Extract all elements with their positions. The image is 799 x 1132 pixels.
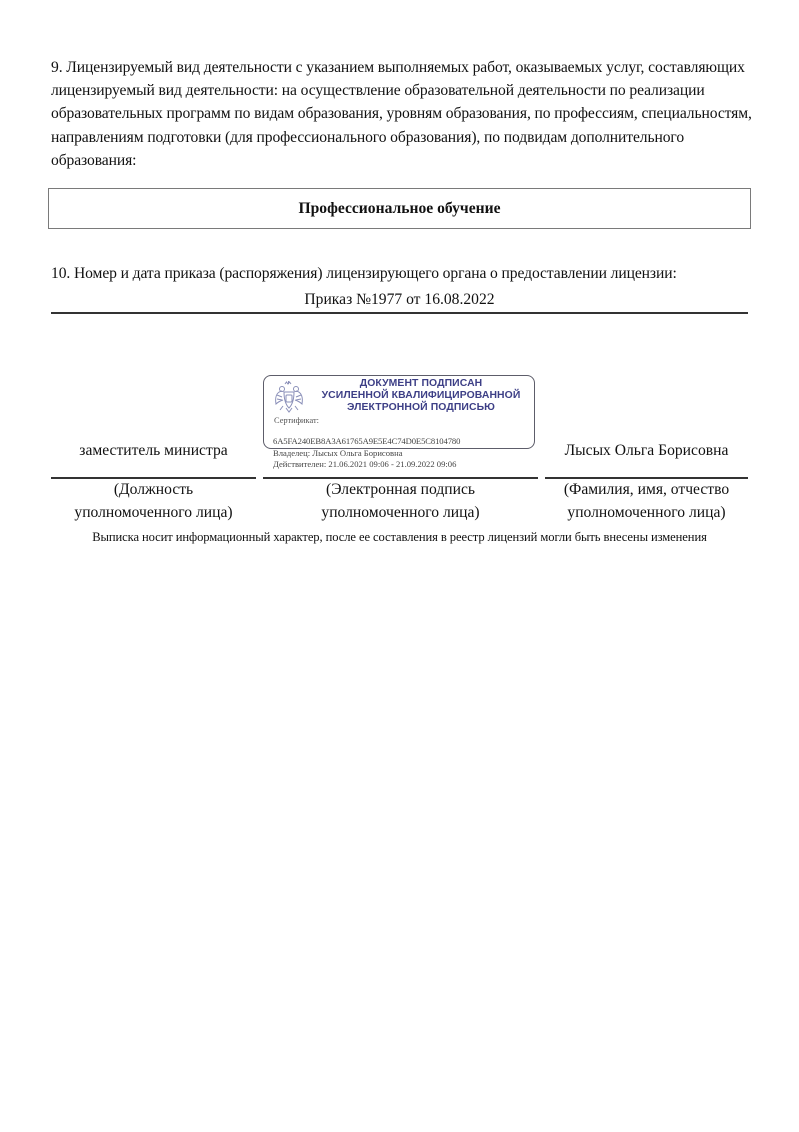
- licensed-activity-value: Профессиональное обучение: [298, 200, 500, 218]
- stamp-owner: Владелец: Лысых Ольга Борисовна: [273, 448, 403, 458]
- signature-caption: (Электронная подпись уполномоченного лиц…: [263, 478, 538, 524]
- position-caption: (Должность уполномоченного лица): [51, 478, 256, 524]
- russia-coat-of-arms-icon: [272, 380, 306, 414]
- stamp-certificate-label: Сертификат:: [274, 416, 319, 425]
- document-page: 9. Лицензируемый вид деятельности с указ…: [0, 0, 799, 1132]
- licensed-activity-box: Профессиональное обучение: [48, 188, 751, 229]
- order-number-date: Приказ №1977 от 16.08.2022: [51, 289, 748, 311]
- name-caption: (Фамилия, имя, отчество уполномоченного …: [545, 478, 748, 524]
- stamp-validity-period: Действителен: 21.06.2021 09:06 - 21.09.2…: [273, 459, 456, 469]
- stamp-certificate-number: 6A5FA240EB8A3A61765A9E5E4C74D0E5C8104780: [273, 436, 460, 446]
- stamp-title: ДОКУМЕНТ ПОДПИСАН УСИЛЕННОЙ КВАЛИФИЦИРОВ…: [308, 378, 534, 415]
- informational-footnote: Выписка носит информационный характер, п…: [51, 529, 748, 545]
- section-10-text: 10. Номер и дата приказа (распоряжения) …: [51, 263, 756, 285]
- signer-full-name: Лысых Ольга Борисовна: [545, 440, 748, 462]
- section-9-text: 9. Лицензируемый вид деятельности с указ…: [51, 56, 756, 172]
- order-underline: [51, 312, 748, 314]
- signer-position: заместитель министра: [51, 440, 256, 462]
